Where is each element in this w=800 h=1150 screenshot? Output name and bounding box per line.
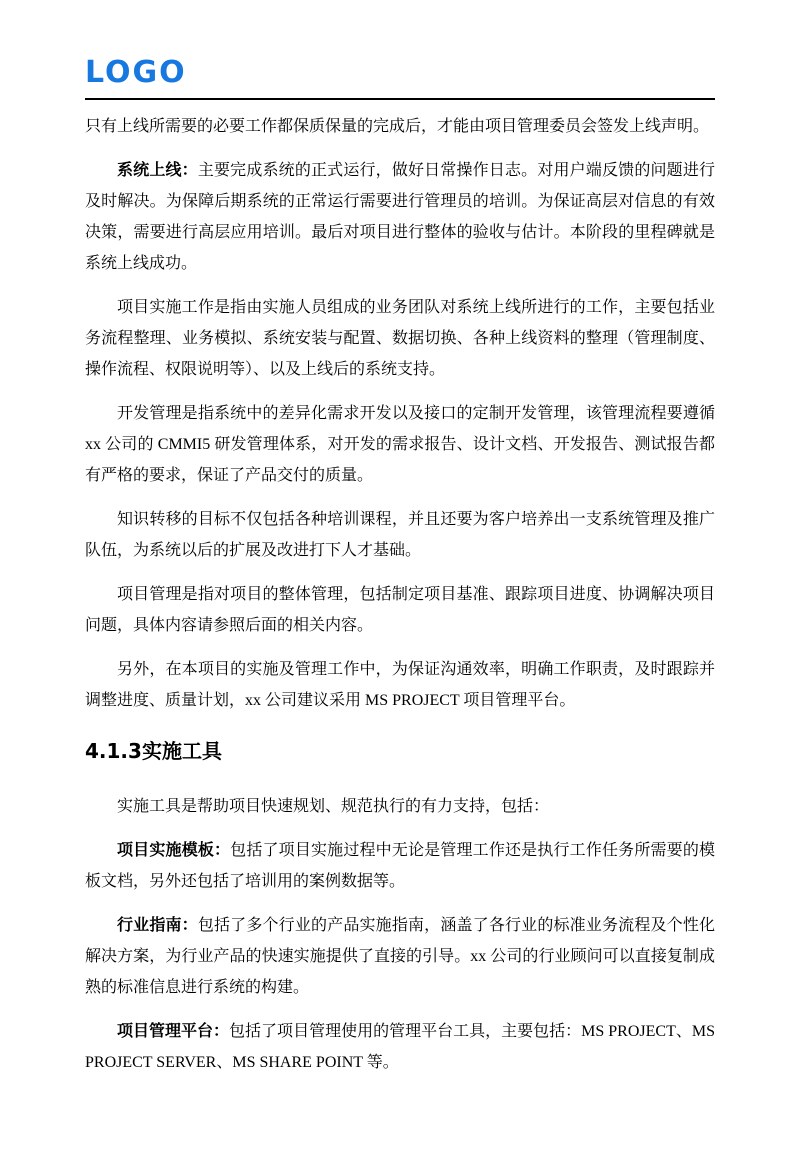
paragraph: 项目管理平台：包括了项目管理使用的管理平台工具，主要包括：MS PROJECT、… bbox=[85, 1015, 715, 1078]
paragraph: 项目实施工作是指由实施人员组成的业务团队对系统上线所进行的工作，主要包括业务流程… bbox=[85, 291, 715, 385]
paragraph: 开发管理是指系统中的差异化需求开发以及接口的定制开发管理，该管理流程要遵循 xx… bbox=[85, 397, 715, 491]
paragraph-text: 另外，在本项目的实施及管理工作中，为保证沟通效率，明确工作职责，及时跟踪并调整进… bbox=[85, 661, 715, 709]
paragraph-text: 开发管理是指系统中的差异化需求开发以及接口的定制开发管理，该管理流程要遵循 xx… bbox=[85, 405, 715, 484]
paragraph: 知识转移的目标不仅包括各种培训课程，并且还要为客户培养出一支系统管理及推广队伍，… bbox=[85, 503, 715, 566]
paragraph-text: 实施工具是帮助项目快速规划、规范执行的有力支持，包括： bbox=[117, 798, 549, 815]
paragraph-lead: 项目管理平台： bbox=[117, 1021, 229, 1040]
paragraph-text: 项目管理是指对项目的整体管理，包括制定项目基准、跟踪项目进度、协调解决项目问题，… bbox=[85, 586, 715, 634]
paragraph: 行业指南：包括了多个行业的产品实施指南，涵盖了各行业的标准业务流程及个性化解决方… bbox=[85, 909, 715, 1003]
paragraph-text: 知识转移的目标不仅包括各种培训课程，并且还要为客户培养出一支系统管理及推广队伍，… bbox=[85, 511, 715, 559]
section-heading: 4.1.3实施工具 bbox=[85, 738, 715, 764]
document-page: LOGO 只有上线所需要的必要工作都保质保量的完成后，才能由项目管理委员会签发上… bbox=[0, 0, 800, 1150]
paragraph: 实施工具是帮助项目快速规划、规范执行的有力支持，包括： bbox=[85, 790, 715, 822]
paragraph-text: 项目实施工作是指由实施人员组成的业务团队对系统上线所进行的工作，主要包括业务流程… bbox=[85, 299, 715, 378]
paragraph: 系统上线：主要完成系统的正式运行，做好日常操作日志。对用户端反馈的问题进行及时解… bbox=[85, 154, 715, 279]
paragraph-lead: 系统上线： bbox=[117, 160, 198, 179]
paragraph-lead: 项目实施模板： bbox=[117, 840, 230, 859]
paragraph: 另外，在本项目的实施及管理工作中，为保证沟通效率，明确工作职责，及时跟踪并调整进… bbox=[85, 653, 715, 716]
document-body: 只有上线所需要的必要工作都保质保量的完成后，才能由项目管理委员会签发上线声明。 … bbox=[85, 110, 715, 1078]
paragraph: 项目实施模板：包括了项目实施过程中无论是管理工作还是执行工作任务所需要的模板文档… bbox=[85, 834, 715, 897]
company-logo: LOGO bbox=[85, 56, 715, 90]
paragraph-text: 只有上线所需要的必要工作都保质保量的完成后，才能由项目管理委员会签发上线声明。 bbox=[85, 118, 709, 135]
paragraph: 项目管理是指对项目的整体管理，包括制定项目基准、跟踪项目进度、协调解决项目问题，… bbox=[85, 578, 715, 641]
paragraph: 只有上线所需要的必要工作都保质保量的完成后，才能由项目管理委员会签发上线声明。 bbox=[85, 110, 715, 142]
page-header: LOGO bbox=[85, 0, 715, 100]
paragraph-lead: 行业指南： bbox=[117, 915, 198, 934]
